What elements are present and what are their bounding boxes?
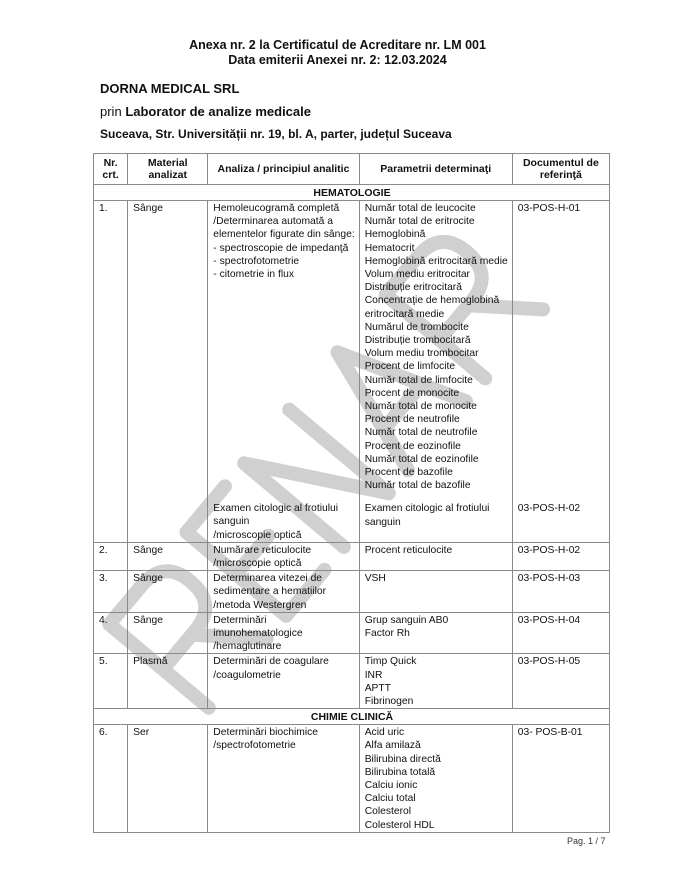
laboratory-name: Laborator de analize medicale <box>125 104 311 119</box>
cell-line: Factor Rh <box>365 627 508 640</box>
laboratory-line: prin Laborator de analize medicale <box>100 104 311 119</box>
section-title: HEMATOLOGIE <box>94 185 610 201</box>
reference-document: 03-POS-H-04 <box>512 612 609 654</box>
row-number: 5. <box>94 654 128 709</box>
cell-line: eritrocitară medie <box>365 308 508 321</box>
spacer <box>213 492 354 502</box>
row-number: 6. <box>94 725 128 833</box>
column-header-material: Material analizat <box>128 154 208 185</box>
cell-line: Determinarea vitezei de <box>213 572 354 585</box>
spacer <box>213 413 354 426</box>
section-row: CHIMIE CLINICĂ <box>94 709 610 725</box>
parameters: VSH <box>359 571 512 613</box>
table-body: HEMATOLOGIE1.SângeHemoleucogramă complet… <box>94 185 610 833</box>
parameters: Timp QuickINRAPTTFibrinogen <box>359 654 512 709</box>
cell-line: Număr total de limfocite <box>365 374 508 387</box>
cell-lines: Hemoleucogramă completă/Determinarea aut… <box>213 202 354 492</box>
cell-line: Examen citologic al frotiului <box>213 502 354 515</box>
spacer <box>213 400 354 413</box>
spacer <box>213 453 354 466</box>
table-row: 3.SângeDeterminarea vitezei desedimentar… <box>94 571 610 613</box>
cell-line: /Determinarea automată a <box>213 215 354 228</box>
cell-line: Concentraţie de hemoglobină <box>365 294 508 307</box>
row-number: 3. <box>94 571 128 613</box>
analysis-principle: Hemoleucogramă completă/Determinarea aut… <box>208 201 359 543</box>
cell-line: Număr total de eritrocite <box>365 215 508 228</box>
cell-line: VSH <box>365 572 508 585</box>
spacer <box>213 321 354 334</box>
row-number: 2. <box>94 542 128 570</box>
material: Sânge <box>128 612 208 654</box>
cell-lines: Determinări biochimice/spectrofotometrie <box>213 726 354 752</box>
organization-name: DORNA MEDICAL SRL <box>100 81 239 96</box>
reference-code: 03-POS-H-05 <box>518 655 605 668</box>
cell-lines: Examen citologic al frotiuluisanguin <box>365 502 508 528</box>
spacer <box>213 374 354 387</box>
reference-code: 03-POS-H-02 <box>518 502 605 515</box>
cell-line: - citometrie in flux <box>213 268 354 281</box>
cell-line: Volum mediu eritrocitar <box>365 268 508 281</box>
reference-code: 03-POS-H-02 <box>518 544 605 557</box>
cell-line: sanguin <box>213 515 354 528</box>
cell-line: imunohematologice <box>213 627 354 640</box>
material: Plasmă <box>128 654 208 709</box>
spacer <box>213 334 354 347</box>
spacer <box>365 492 508 502</box>
cell-line: Volum mediu trombocitar <box>365 347 508 360</box>
reference-code: 03- POS-B-01 <box>518 726 605 739</box>
table-row: 6.SerDeterminări biochimice/spectrofotom… <box>94 725 610 833</box>
reference-document: 03-POS-H-05 <box>512 654 609 709</box>
cell-line: - spectrofotometrie <box>213 255 354 268</box>
reference-document: 03- POS-B-01 <box>512 725 609 833</box>
parameters: Grup sanguin AB0Factor Rh <box>359 612 512 654</box>
cell-line: APTT <box>365 682 508 695</box>
annex-title: Anexa nr. 2 la Certificatul de Acreditar… <box>0 38 675 52</box>
spacer <box>213 281 354 294</box>
cell-line: Colesterol <box>365 805 508 818</box>
spacer <box>213 426 354 439</box>
laboratory-address: Suceava, Str. Universității nr. 19, bl. … <box>100 127 452 141</box>
cell-line: Alfa amilază <box>365 739 508 752</box>
cell-line: /spectrofotometrie <box>213 739 354 752</box>
table-header-row: Nr. crt. Material analizat Analiza / pri… <box>94 154 610 185</box>
spacer <box>213 387 354 400</box>
cell-line: - spectroscopie de impedanţă <box>213 242 354 255</box>
spacer <box>213 479 354 492</box>
reference-code: 03-POS-H-01 <box>518 202 605 215</box>
cell-line: Procent de monocite <box>365 387 508 400</box>
parameters: Procent reticulocite <box>359 542 512 570</box>
table-row: 5.PlasmăDeterminări de coagulare/coagulo… <box>94 654 610 709</box>
parameters: Număr total de leucociteNumăr total de e… <box>359 201 512 543</box>
cell-line: Colesterol HDL <box>365 819 508 832</box>
cell-line: Distribuție trombocitară <box>365 334 508 347</box>
spacer <box>213 466 354 479</box>
material: Ser <box>128 725 208 833</box>
cell-line: /coagulometrie <box>213 669 354 682</box>
cell-line: Examen citologic al frotiului <box>365 502 508 515</box>
cell-line: /hemaglutinare <box>213 640 354 653</box>
parameters: Acid uricAlfa amilazăBilirubina directăB… <box>359 725 512 833</box>
cell-line: Determinări de coagulare <box>213 655 354 668</box>
reference-code: 03-POS-H-04 <box>518 614 605 627</box>
cell-lines: Număr total de leucociteNumăr total de e… <box>365 202 508 492</box>
cell-lines: Timp QuickINRAPTTFibrinogen <box>365 655 508 708</box>
cell-line: Determinări biochimice <box>213 726 354 739</box>
cell-line: Procent de limfocite <box>365 360 508 373</box>
cell-line: Bilirubina directă <box>365 753 508 766</box>
section-title: CHIMIE CLINICĂ <box>94 709 610 725</box>
column-header-parameters: Parametrii determinaţi <box>359 154 512 185</box>
table-row: 4.SângeDeterminăriimunohematologice/hema… <box>94 612 610 654</box>
spacer <box>213 360 354 373</box>
spacer <box>518 215 605 502</box>
cell-line: Număr total de bazofile <box>365 479 508 492</box>
cell-lines: Procent reticulocite <box>365 544 508 557</box>
analysis-principle: Determinări biochimice/spectrofotometrie <box>208 725 359 833</box>
cell-line: Număr total de leucocite <box>365 202 508 215</box>
analysis-principle: Determinarea vitezei desedimentare a hem… <box>208 571 359 613</box>
cell-line: Procent de neutrofile <box>365 413 508 426</box>
table-row: 2.SângeNumărare reticulocite/microscopie… <box>94 542 610 570</box>
cell-line: sanguin <box>365 516 508 529</box>
prin-prefix: prin <box>100 104 122 119</box>
cell-line: sedimentare a hematiilor <box>213 585 354 598</box>
analysis-principle: Determinări de coagulare/coagulometrie <box>208 654 359 709</box>
material: Sânge <box>128 201 208 543</box>
column-header-analysis: Analiza / principiul analitic <box>208 154 359 185</box>
cell-line: INR <box>365 669 508 682</box>
cell-line: Numărul de trombocite <box>365 321 508 334</box>
column-header-nr: Nr. crt. <box>94 154 128 185</box>
cell-line: Fibrinogen <box>365 695 508 708</box>
cell-line: Procent de bazofile <box>365 466 508 479</box>
cell-line: Grup sanguin AB0 <box>365 614 508 627</box>
cell-lines: Examen citologic al frotiuluisanguin/mic… <box>213 502 354 542</box>
cell-line: Hemoglobină <box>365 228 508 241</box>
cell-line: Numărare reticulocite <box>213 544 354 557</box>
cell-line: Număr total de neutrofile <box>365 426 508 439</box>
cell-lines: Determinăriimunohematologice/hemaglutina… <box>213 614 354 654</box>
spacer <box>213 347 354 360</box>
cell-line: Număr total de monocite <box>365 400 508 413</box>
row-number: 1. <box>94 201 128 543</box>
analysis-principle: Determinăriimunohematologice/hemaglutina… <box>208 612 359 654</box>
cell-lines: Determinarea vitezei desedimentare a hem… <box>213 572 354 612</box>
table-row: 1.SângeHemoleucogramă completă/Determina… <box>94 201 610 543</box>
cell-lines: Grup sanguin AB0Factor Rh <box>365 614 508 640</box>
cell-line: Calciu total <box>365 792 508 805</box>
column-header-reference-document: Documentul de referinţă <box>512 154 609 185</box>
cell-line: Bilirubina totală <box>365 766 508 779</box>
spacer <box>213 308 354 321</box>
reference-document: 03-POS-H-0103-POS-H-02 <box>512 201 609 543</box>
reference-document: 03-POS-H-02 <box>512 542 609 570</box>
cell-line: /microscopie optică <box>213 529 354 542</box>
row-number: 4. <box>94 612 128 654</box>
cell-line: Acid uric <box>365 726 508 739</box>
cell-line: /microscopie optică <box>213 557 354 570</box>
reference-code: 03-POS-H-03 <box>518 572 605 585</box>
analysis-principle: Numărare reticulocite/microscopie optică <box>208 542 359 570</box>
cell-line: Hemoleucogramă completă <box>213 202 354 215</box>
material: Sânge <box>128 571 208 613</box>
accreditation-scope-table: Nr. crt. Material analizat Analiza / pri… <box>93 153 610 833</box>
spacer <box>213 439 354 452</box>
annex-issue-date: Data emiterii Anexei nr. 2: 12.03.2024 <box>0 53 675 67</box>
cell-lines: Determinări de coagulare/coagulometrie <box>213 655 354 681</box>
cell-line: /metoda Westergren <box>213 599 354 612</box>
cell-line: Calciu ionic <box>365 779 508 792</box>
cell-lines: Numărare reticulocite/microscopie optică <box>213 544 354 570</box>
cell-lines: Acid uricAlfa amilazăBilirubina directăB… <box>365 726 508 832</box>
cell-lines: VSH <box>365 572 508 585</box>
cell-line: elementelor figurate din sânge: <box>213 228 354 241</box>
cell-line: Distribuție eritrocitară <box>365 281 508 294</box>
cell-line: Hematocrit <box>365 242 508 255</box>
cell-line: Procent de eozinofile <box>365 440 508 453</box>
material: Sânge <box>128 542 208 570</box>
cell-line: Timp Quick <box>365 655 508 668</box>
cell-line: Hemoglobină eritrocitară medie <box>365 255 508 268</box>
section-row: HEMATOLOGIE <box>94 185 610 201</box>
page-number: Pag. 1 / 7 <box>567 836 606 846</box>
cell-line: Determinări <box>213 614 354 627</box>
spacer <box>213 294 354 307</box>
cell-line: Număr total de eozinofile <box>365 453 508 466</box>
reference-document: 03-POS-H-03 <box>512 571 609 613</box>
cell-line: Procent reticulocite <box>365 544 508 557</box>
